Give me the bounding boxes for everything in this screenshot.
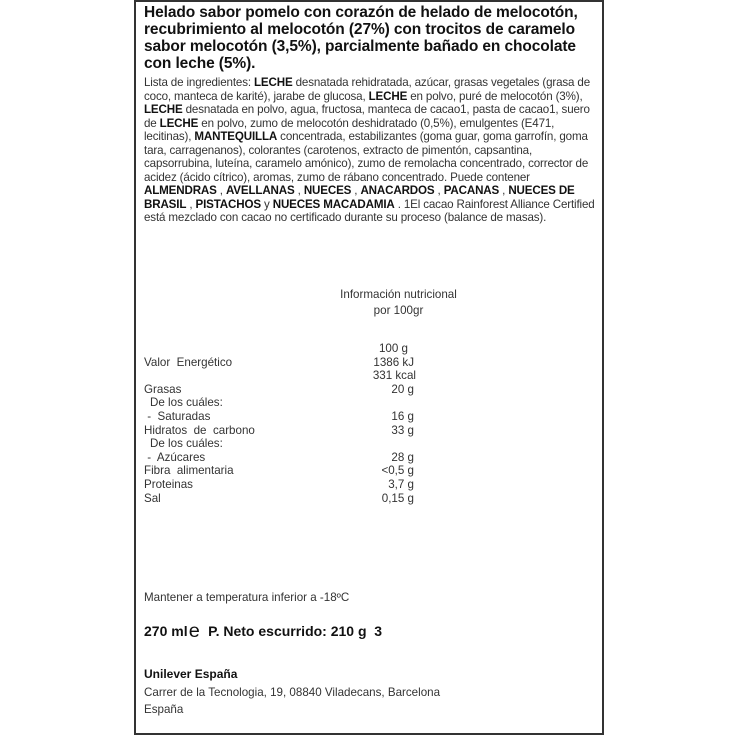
ingredient-text: , <box>217 184 226 197</box>
nutrition-subheading: por 100gr <box>326 303 471 319</box>
nutrient-label: - Saturadas <box>144 410 210 424</box>
nutrition-row: Sal0,15 g <box>144 492 414 506</box>
company-name: Unilever España <box>144 666 440 684</box>
nutrition-heading-block: Información nutricional por 100gr <box>326 287 471 319</box>
nutrient-value: 33 g <box>391 424 414 438</box>
company-address: Carrer de la Tecnologia, 19, 08840 Vilad… <box>144 684 440 702</box>
nutrition-row: 331 kcal <box>144 369 414 383</box>
ingredient-text: , <box>499 184 508 197</box>
company-country: España <box>144 701 440 719</box>
allergen-text: LECHE <box>369 90 408 103</box>
nutrition-heading: Información nutricional <box>326 287 471 303</box>
nutrient-label: De los cuáles: <box>150 437 223 451</box>
nutrient-label: Grasas <box>144 383 181 397</box>
allergen-text: MANTEQUILLA <box>194 130 277 143</box>
nutrient-label: Sal <box>144 492 161 506</box>
nutrient-value: <0,5 g <box>381 464 414 478</box>
nutrient-label: - Azúcares <box>144 451 205 465</box>
nutrition-row: De los cuáles: <box>144 396 414 410</box>
net-quantity: 270 mle P. Neto escurrido: 210 g 3 <box>144 623 382 639</box>
ingredients-list: Lista de ingredientes: LECHE desnatada r… <box>144 76 599 225</box>
nutrition-row: De los cuáles: <box>144 437 414 451</box>
nutrition-column-header: 100 g <box>379 342 408 356</box>
nutrition-row: Proteinas3,7 g <box>144 478 414 492</box>
nutrition-row: Grasas20 g <box>144 383 414 397</box>
product-title: Helado sabor pomelo con corazón de helad… <box>144 4 596 72</box>
nutrient-value: 0,15 g <box>382 492 414 506</box>
allergen-text: PACANAS <box>444 184 499 197</box>
drained-weight: P. Neto escurrido: 210 g 3 <box>208 623 382 639</box>
allergen-text: ALMENDRAS <box>144 184 217 197</box>
estimated-sign-icon: e <box>188 625 199 639</box>
nutrition-row: - Azúcares28 g <box>144 451 414 465</box>
allergen-text: ANACARDOS <box>360 184 434 197</box>
allergen-text: LECHE <box>144 103 183 116</box>
nutrition-row: Fibra alimentaria<0,5 g <box>144 464 414 478</box>
nutrition-row: Hidratos de carbono33 g <box>144 424 414 438</box>
nutrient-label: Hidratos de carbono <box>144 424 255 438</box>
nutrient-value: 1386 kJ <box>373 356 414 370</box>
nutrient-value: 16 g <box>391 410 414 424</box>
nutrient-label: De los cuáles: <box>150 396 223 410</box>
allergen-text: LECHE <box>160 117 199 130</box>
nutrition-row: - Saturadas16 g <box>144 410 414 424</box>
allergen-text: AVELLANAS <box>226 184 295 197</box>
ingredient-text: Lista de ingredientes: <box>144 76 254 89</box>
allergen-text: NUECES <box>304 184 351 197</box>
allergen-text: NUECES MACADAMIA <box>273 198 395 211</box>
nutrient-label: Valor Energético <box>144 356 232 370</box>
product-label-panel: Helado sabor pomelo con corazón de helad… <box>134 0 604 735</box>
nutrient-value: 28 g <box>391 451 414 465</box>
nutrient-value: 20 g <box>391 383 414 397</box>
nutrient-value: 3,7 g <box>388 478 414 492</box>
net-volume: 270 ml <box>144 623 188 639</box>
nutrition-table: 100 g Valor Energético1386 kJ331 kcalGra… <box>144 342 414 505</box>
nutrient-value: 331 kcal <box>373 369 416 383</box>
nutrient-label: Fibra alimentaria <box>144 464 234 478</box>
storage-instructions: Mantener a temperatura inferior a -18ºC <box>144 591 349 604</box>
ingredient-text: en polvo, puré de melocotón (3%), <box>407 90 582 103</box>
allergen-text: PISTACHOS <box>195 198 260 211</box>
nutrition-row: Valor Energético1386 kJ <box>144 356 414 370</box>
ingredient-text: y <box>261 198 273 211</box>
allergen-text: LECHE <box>254 76 293 89</box>
company-info: Unilever España Carrer de la Tecnologia,… <box>144 666 440 719</box>
ingredient-text: , <box>295 184 304 197</box>
nutrient-label: Proteinas <box>144 478 193 492</box>
nutrition-column-header-row: 100 g <box>144 342 414 356</box>
ingredient-text: , <box>434 184 443 197</box>
